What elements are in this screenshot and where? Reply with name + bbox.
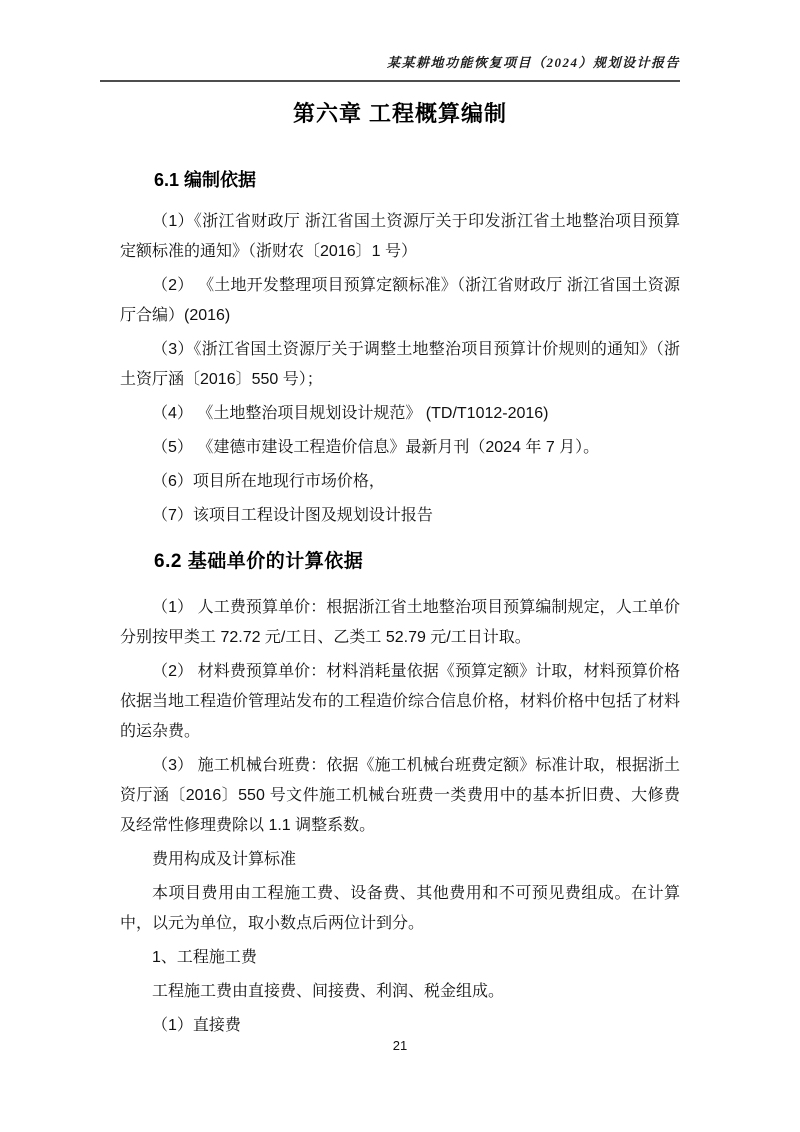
section-heading-6-2: 6.2 基础单价的计算依据	[120, 547, 680, 577]
page-number: 21	[393, 1038, 407, 1053]
paragraph: （2） 材料费预算单价：材料消耗量依据《预算定额》计取，材料预算价格依据当地工程…	[120, 657, 680, 747]
paragraph: （4） 《土地整治项目规划设计规范》 (TD/T1012-2016)	[120, 399, 680, 429]
paragraph: （5） 《建德市建设工程造价信息》最新月刊（2024 年 7 月）。	[120, 433, 680, 463]
section-6-2-body: （1） 人工费预算单价：根据浙江省土地整治项目预算编制规定，人工单价分别按甲类工…	[120, 593, 680, 1041]
paragraph: （1）《浙江省财政厅 浙江省国土资源厅关于印发浙江省土地整治项目预算定额标准的通…	[120, 207, 680, 267]
page-footer: 21	[0, 1038, 800, 1053]
chapter-title: 第六章 工程概算编制	[120, 97, 680, 131]
paragraph: 费用构成及计算标准	[120, 845, 680, 875]
paragraph: 工程施工费由直接费、间接费、利润、税金组成。	[120, 977, 680, 1007]
paragraph: （3） 施工机械台班费：依据《施工机械台班费定额》标准计取，根据浙土资厅涵〔20…	[120, 751, 680, 841]
paragraph: （3）《浙江省国土资源厅关于调整土地整治项目预算计价规则的通知》（浙土资厅涵〔2…	[120, 335, 680, 395]
paragraph: （2） 《土地开发整理项目预算定额标准》（浙江省财政厅 浙江省国土资源厅合编）(…	[120, 271, 680, 331]
section-heading-6-1: 6.1 编制依据	[120, 167, 680, 193]
document-content: 第六章 工程概算编制 6.1 编制依据 （1）《浙江省财政厅 浙江省国土资源厅关…	[120, 0, 680, 1041]
paragraph: 本项目费用由工程施工费、设备费、其他费用和不可预见费组成。在计算中，以元为单位，…	[120, 879, 680, 939]
paragraph: （1）直接费	[120, 1011, 680, 1041]
paragraph: （7）该项目工程设计图及规划设计报告	[120, 501, 680, 531]
paragraph: （1） 人工费预算单价：根据浙江省土地整治项目预算编制规定，人工单价分别按甲类工…	[120, 593, 680, 653]
section-6-1-body: （1）《浙江省财政厅 浙江省国土资源厅关于印发浙江省土地整治项目预算定额标准的通…	[120, 207, 680, 531]
paragraph: 1、工程施工费	[120, 943, 680, 973]
paragraph: （6）项目所在地现行市场价格，	[120, 467, 680, 497]
